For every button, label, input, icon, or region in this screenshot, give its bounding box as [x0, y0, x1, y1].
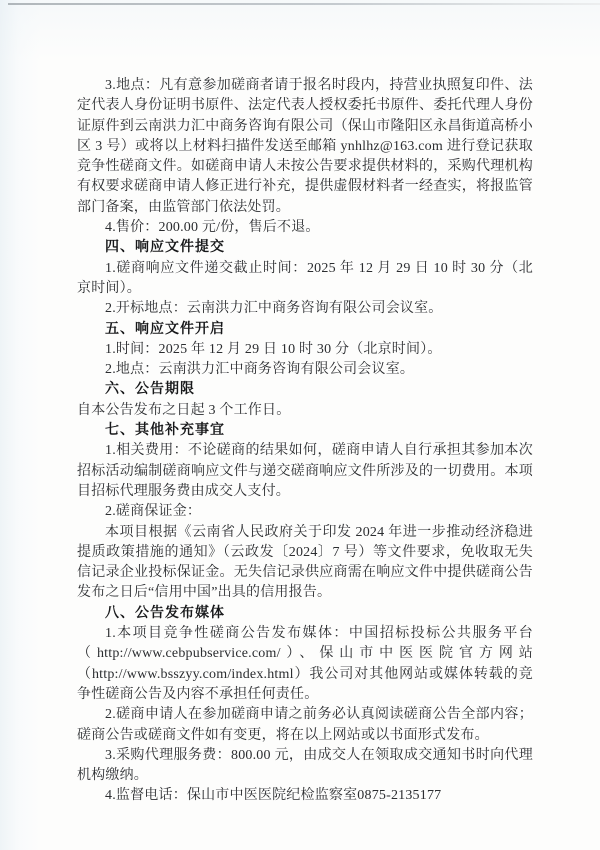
paragraph-bid-opening-location: 2.开标地点：云南洪力汇中商务咨询有限公司会议室。: [77, 299, 533, 319]
paragraph-location-registration: 3.地点：凡有意参加磋商者请于报名时段内，持营业执照复印件、法定代表人身份证明书…: [77, 76, 533, 218]
document-body: 3.地点：凡有意参加磋商者请于报名时段内，持营业执照复印件、法定代表人身份证明书…: [77, 76, 533, 807]
paragraph-publication-media: 1.本项目竞争性磋商公告发布媒体：中国招标投标公共服务平台（http://www…: [77, 624, 533, 705]
section-heading-8-publication-media: 八、公告发布媒体: [77, 604, 533, 624]
section-heading-4-response-submission: 四、响应文件提交: [77, 238, 533, 258]
paragraph-opening-time: 1.时间：2025 年 12 月 29 日 10 时 30 分（北京时间）。: [77, 340, 533, 360]
paragraph-deposit-policy: 本项目根据《云南省人民政府关于印发 2024 年进一步推动经济稳进提质政策措施的…: [77, 523, 533, 604]
section-heading-6-announcement-period: 六、公告期限: [77, 380, 533, 400]
scanned-document-page: { "document": { "kind": "竞争性磋商公告（扫描页）", …: [0, 0, 600, 850]
section-heading-5-response-opening: 五、响应文件开启: [77, 320, 533, 340]
paragraph-deposit-label: 2.磋商保证金：: [77, 502, 533, 522]
paragraph-submission-deadline: 1.磋商响应文件递交截止时间：2025 年 12 月 29 日 10 时 30 …: [77, 259, 533, 300]
paragraph-price: 4.售价：200.00 元/份，售后不退。: [77, 218, 533, 238]
paragraph-related-costs: 1.相关费用：不论磋商的结果如何，磋商申请人自行承担其参加本次招标活动编制磋商响…: [77, 441, 533, 502]
paragraph-supervision-phone: 4.监督电话：保山市中医医院纪检监察室0875-2135177: [77, 786, 533, 806]
paragraph-opening-location: 2.地点：云南洪力汇中商务咨询有限公司会议室。: [77, 360, 533, 380]
paragraph-agency-fee: 3.采购代理服务费：800.00 元，由成交人在领取成交通知书时向代理机构缴纳。: [77, 746, 533, 787]
section-heading-7-supplementary-matters: 七、其他补充事宜: [77, 421, 533, 441]
paragraph-announcement-period: 自本公告发布之日起 3 个工作日。: [77, 401, 533, 421]
paragraph-read-notice: 2.磋商申请人在参加磋商申请之前务必认真阅读磋商公告全部内容；磋商公告或磋商文件…: [77, 705, 533, 746]
scan-edge-artifact: [8, 3, 600, 5]
